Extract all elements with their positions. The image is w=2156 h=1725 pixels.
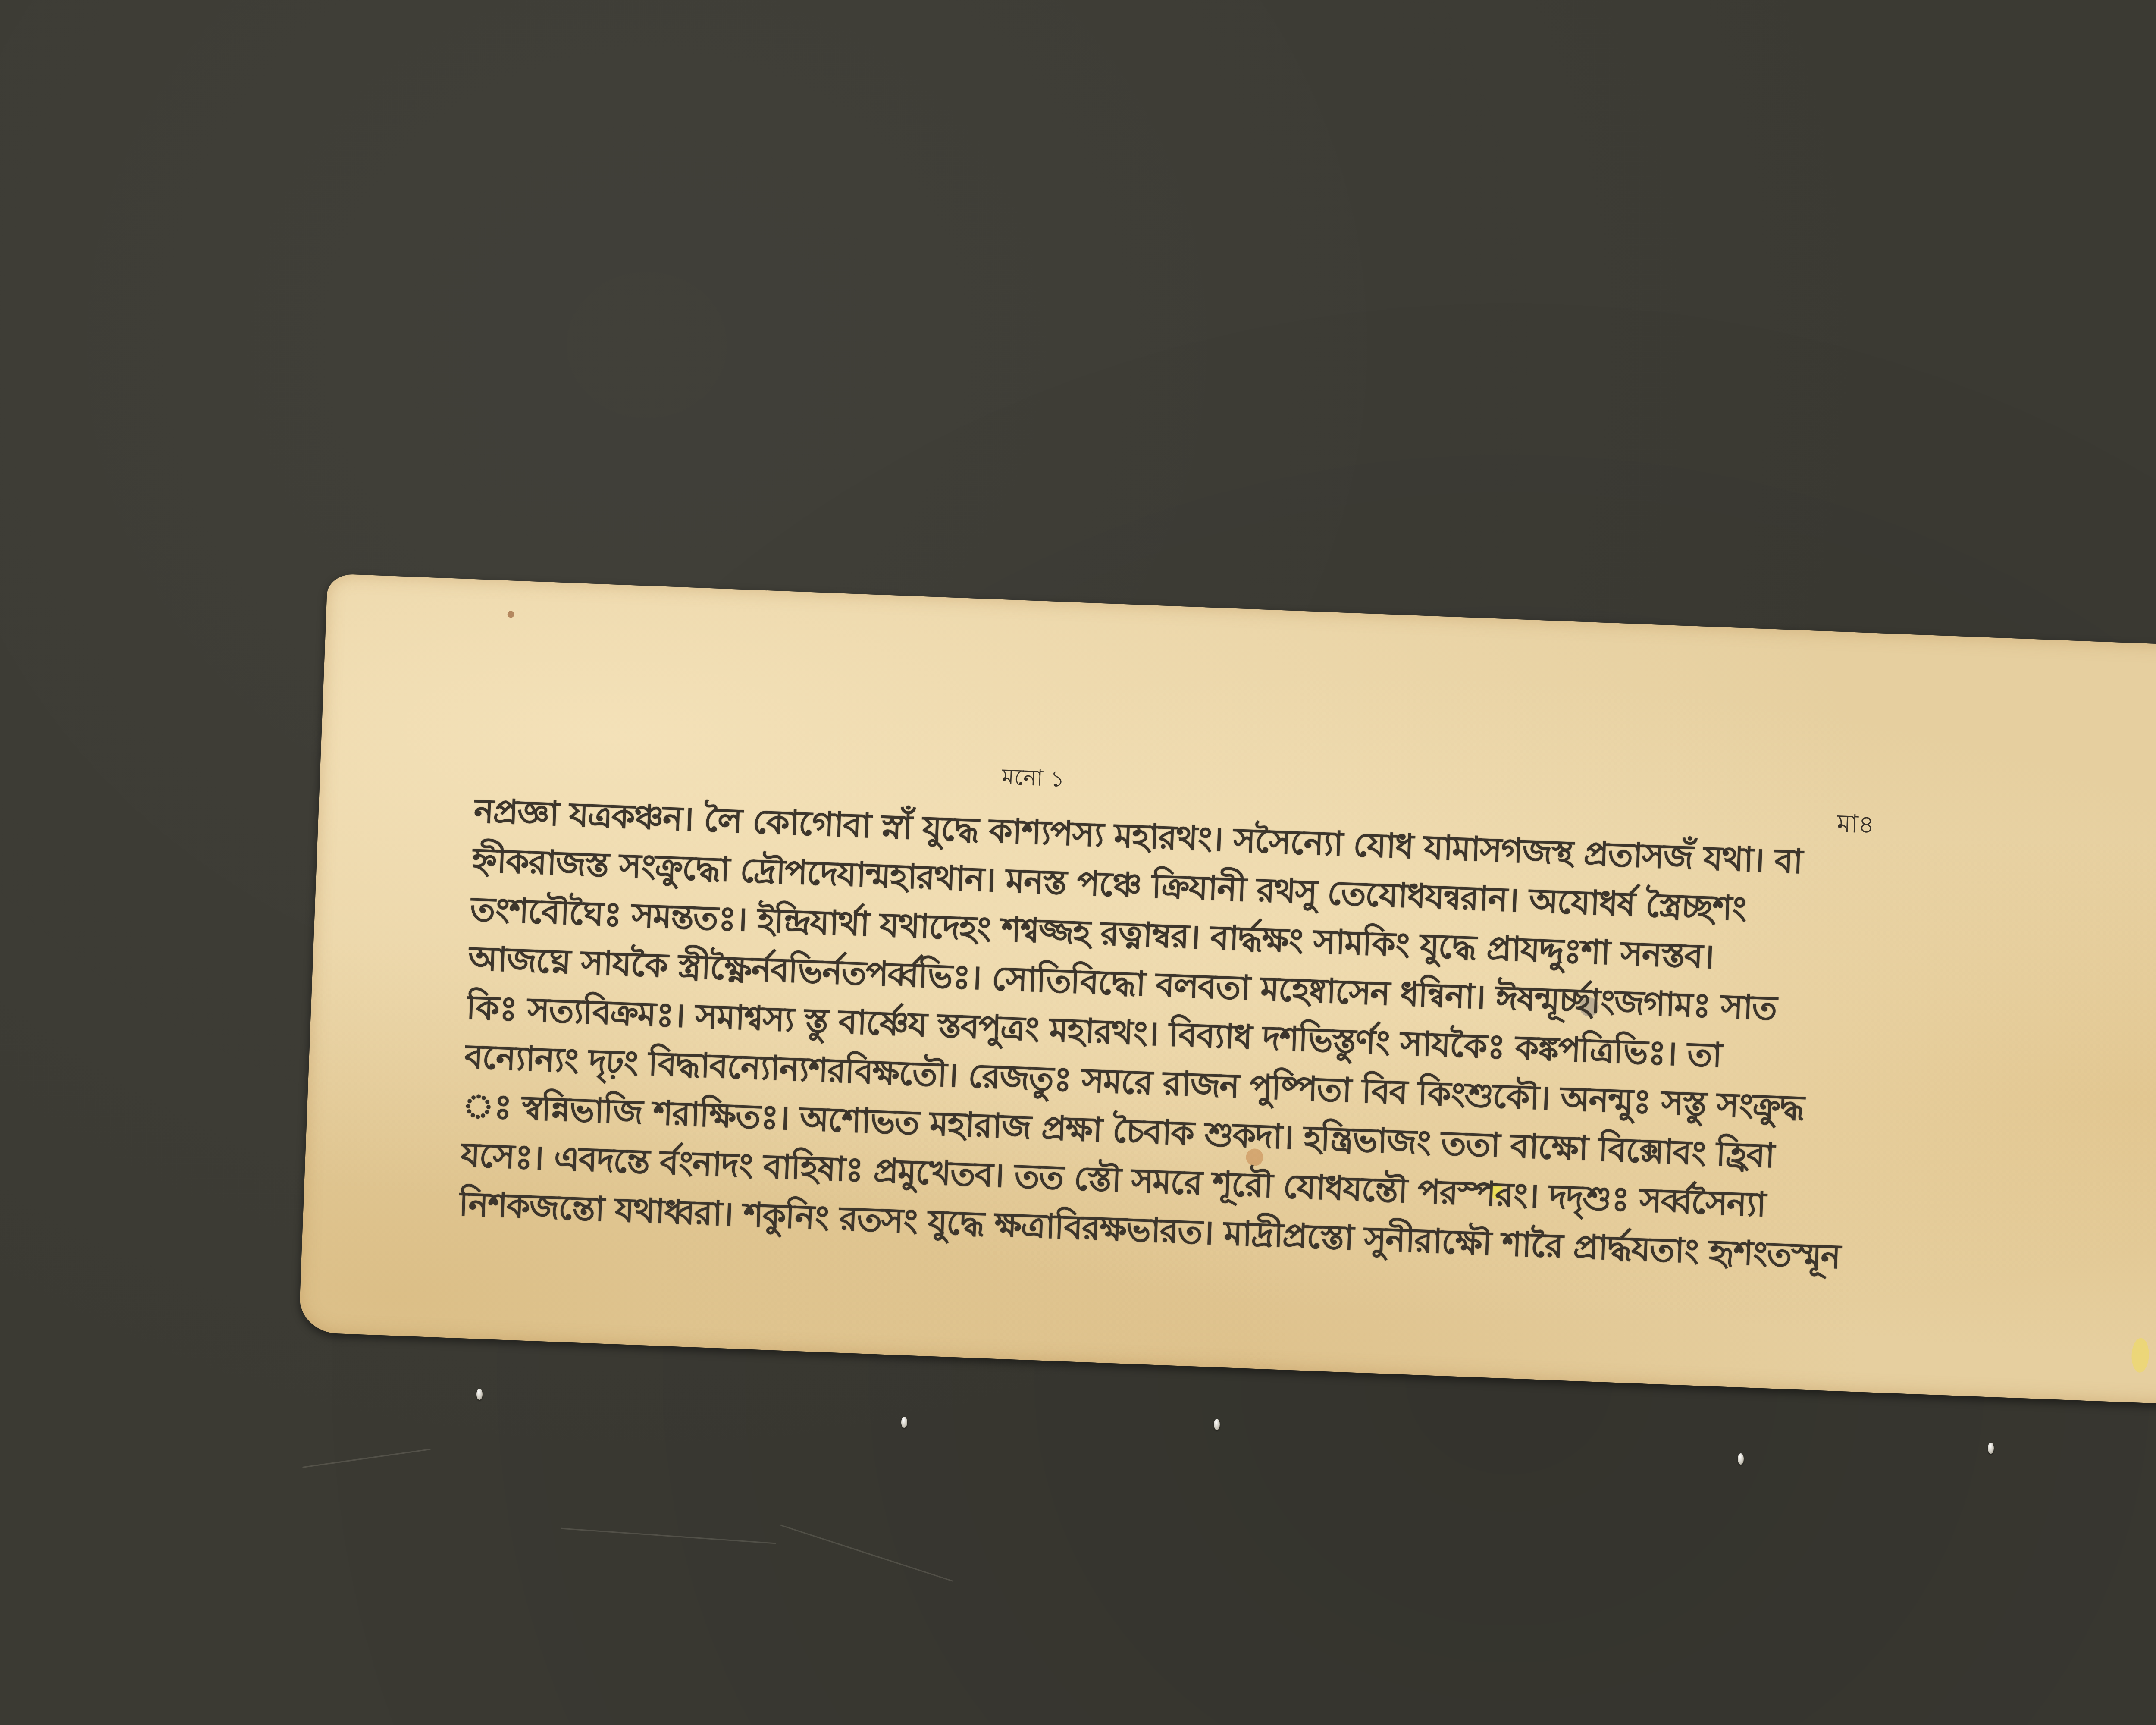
manuscript-text: নপ্রজ্ঞা যত্রকঞ্চন। লৈ কোগোবা স্নাঁ যুদ্… [458,786,2130,1292]
mounting-pin [1988,1443,1994,1454]
mounting-pin [1214,1419,1220,1430]
paper-stain [507,611,514,618]
folio-mark-left: মনো ১ [1001,759,1065,799]
background-scratch [302,1449,430,1468]
paper-stain [2131,1338,2150,1373]
mounting-pin [901,1417,907,1428]
manuscript-leaf: মনো ১ মা৪ নপ্রজ্ঞা যত্রকঞ্চন। লৈ কোগোবা … [298,574,2156,1405]
photo-stage: মনো ১ মা৪ নপ্রজ্ঞা যত্রকঞ্চন। লৈ কোগোবা … [0,0,2156,1725]
background-scratch [561,1528,776,1544]
mounting-pin [476,1389,483,1400]
mounting-pin [1738,1453,1744,1465]
background-scratch [780,1524,953,1582]
